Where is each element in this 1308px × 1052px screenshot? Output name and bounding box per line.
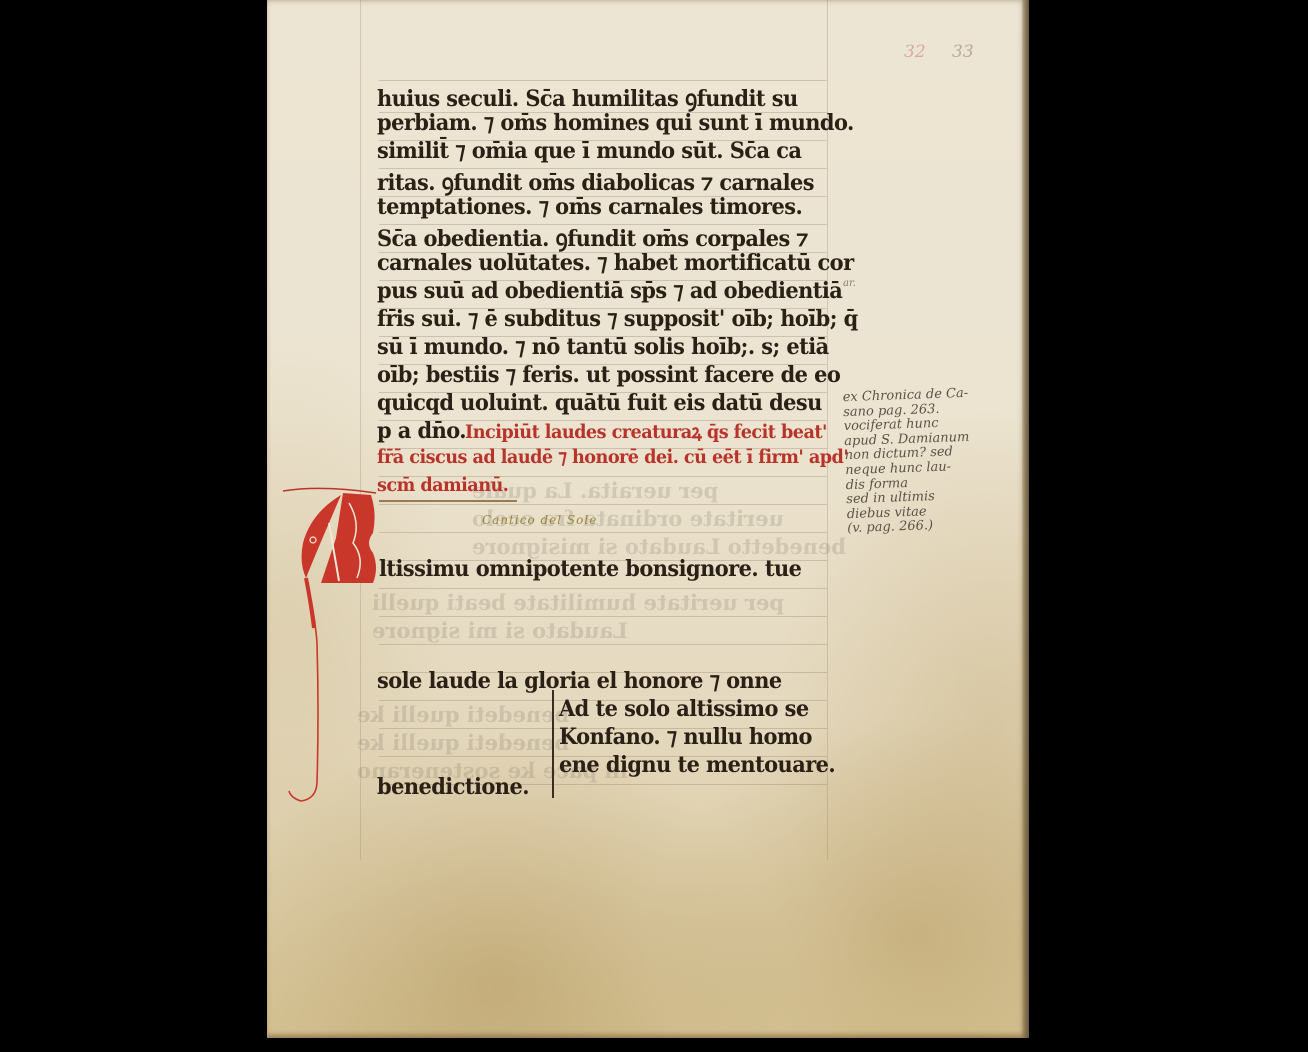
text-line: perbiam. ⁊ om̄s homines qui sunt ī mundo… [377, 110, 854, 136]
text-line: Sc̄a obedientia. ꝯfundit om̄s corpales ⁊ [377, 222, 808, 253]
text-line: fr̄is sui. ⁊ ē subditus ⁊ supposit' oīb;… [377, 306, 858, 332]
canticle-line: sole laude la gloria el honore ⁊ onne [377, 668, 782, 694]
rubric-incipit: Incipiūt laudes creaturaꝝ q̄s fecit beat… [465, 418, 827, 444]
ruling-line [379, 532, 827, 533]
text-line: p a dn̄o. [377, 418, 466, 444]
foliation-number: 33 [952, 42, 974, 62]
text-line: sū ī mundo. ⁊ nō tantū solis hoīb;. s; e… [377, 334, 829, 360]
marginal-mark: ar. [843, 278, 856, 289]
foliation-crossed: 32 [904, 42, 926, 62]
text-line: quicqd uoluint. quātū fuit eis datū desu [377, 390, 822, 416]
rubric-line: scm̄ damianū. [377, 474, 508, 496]
canticle-line: ltissimu omnipotente bonsignore. tue [379, 556, 801, 582]
right-column-line: Konfano. ⁊ nullu homo [559, 724, 812, 750]
rubric-underline [379, 500, 517, 502]
text-line: huius seculi. Sc̄a humilitas ꝯfundit su [377, 82, 798, 113]
rubric-line: fr̄ā ciscus ad laudē ⁊ honorē dei. cū eē… [377, 446, 848, 468]
ruling-line [379, 616, 827, 617]
text-line: similit̄ ⁊ om̄ia que ī mundo sūt. Sc̄a c… [377, 138, 801, 164]
show-through-line: benedeti quelli ke [357, 730, 569, 755]
ruling-line [379, 80, 827, 81]
decorated-initial-a [281, 483, 381, 803]
show-through-line: Laudato si mi signore [372, 618, 628, 643]
right-column-line: ene dignu te mentouare. [559, 752, 835, 778]
ruling-line [379, 644, 827, 645]
final-line: benedictione. [377, 774, 529, 800]
interlinear-gloss: Cantico del Sole [482, 513, 597, 527]
marginal-note: ex Chronica de Ca- sano pag. 263. vocife… [843, 385, 1028, 537]
manuscript-page: 32 33 per ueraita. La quale ueritate ord… [267, 0, 1029, 1038]
column-bracket [552, 690, 554, 798]
text-line: temptationes. ⁊ om̄s carnales timores. [377, 194, 802, 220]
text-line: oīb; bestiis ⁊ feris. ut possint facere … [377, 362, 840, 388]
show-through-line: benedeti quelli ke [357, 702, 569, 727]
text-line: carnales uolūtates. ⁊ habet mortificatū … [377, 250, 854, 276]
text-line: ritas. ꝯfundit om̄s diabolicas ⁊ carnale… [377, 166, 814, 197]
show-through-line: per ueritate humilitate beati quelli [372, 590, 784, 615]
text-line: pus suū ad obedientiā sp̄s ⁊ ad obedient… [377, 278, 842, 304]
ruling-line [379, 504, 827, 505]
right-column-line: Ad te solo altissimo se [559, 696, 809, 722]
ruling-line [379, 588, 827, 589]
